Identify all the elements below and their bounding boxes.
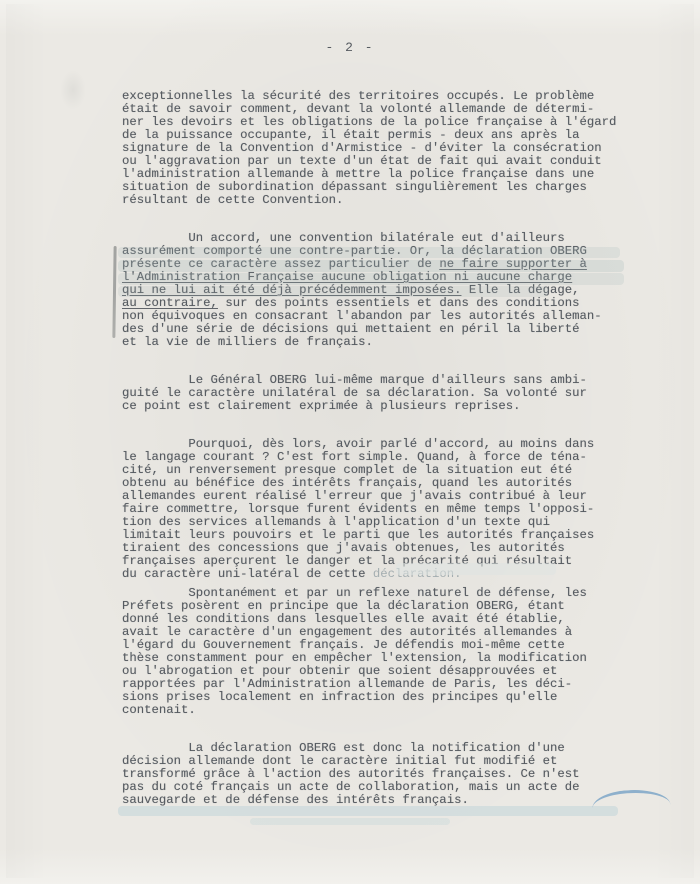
paragraph: Spontanément et par un reflexe naturel d… (122, 587, 636, 717)
scanned-typewritten-page: - 2 - exceptionnelles la sécurité des te… (0, 0, 700, 884)
paragraph: Un accord, une convention bilatérale eut… (122, 232, 636, 349)
text-line: sions prises localement en infraction de… (122, 691, 636, 704)
page-number: - 2 - (0, 40, 700, 55)
text-line: sauvegarde et de défense des intérêts fr… (122, 794, 636, 807)
text-line: contenait. (122, 704, 636, 717)
text-line: ce point est clairement exprimée à plusi… (122, 400, 636, 413)
paragraph: La déclaration OBERG est donc la notific… (122, 742, 636, 807)
paragraph: Le Général OBERG lui-même marque d'aille… (122, 374, 636, 413)
text-line: et la vie de milliers de français. (122, 336, 636, 349)
paragraph: Pourquoi, dès lors, avoir parlé d'accord… (122, 438, 636, 581)
text-line: du caractère uni-latéral de cette déclar… (122, 568, 636, 581)
document-body: exceptionnelles la sécurité des territoi… (122, 90, 636, 832)
text-line: résultant de cette Convention. (122, 194, 636, 207)
paragraph: exceptionnelles la sécurité des territoi… (122, 90, 636, 207)
paper-smudge (60, 70, 86, 110)
